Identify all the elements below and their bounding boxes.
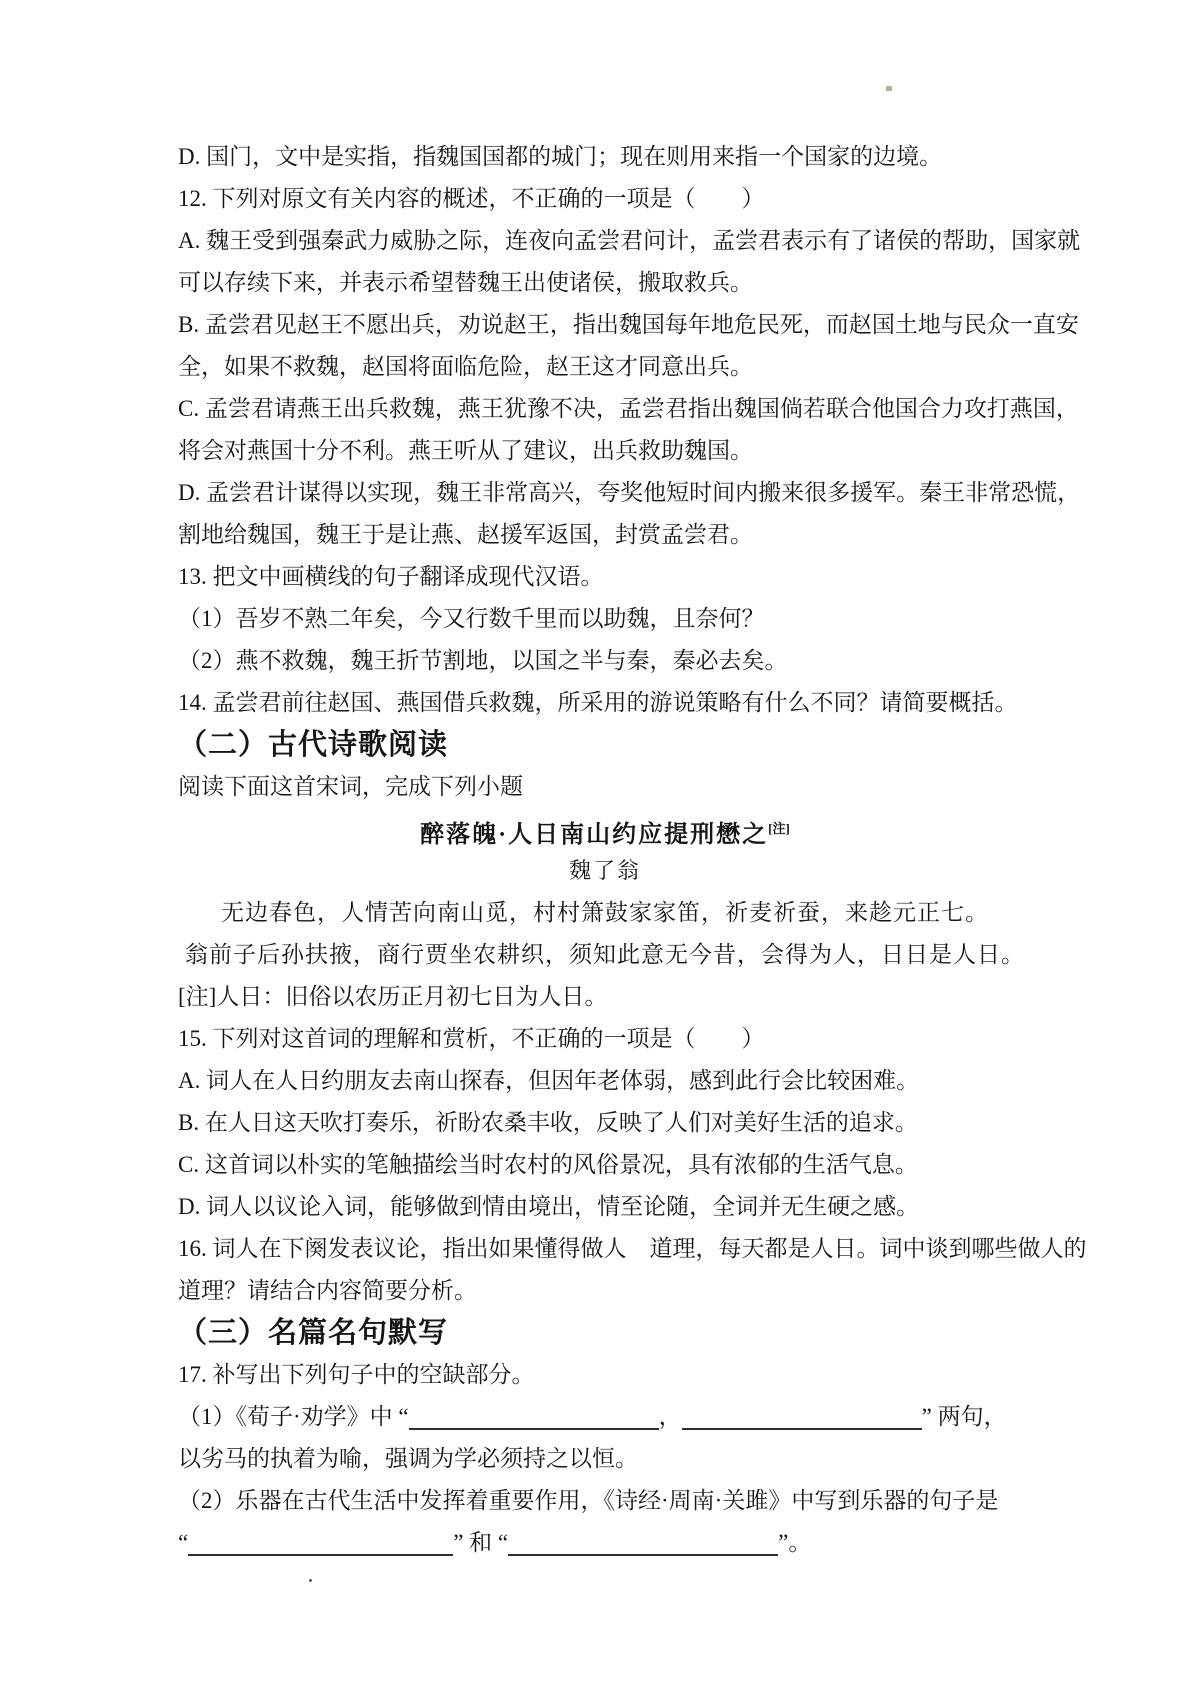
document-content: D. 国门，文中是实指，指魏国国都的城门；现在则用来指一个国家的边境。12. 下… [178, 136, 1032, 1564]
text-segment: ” 和 “ [453, 1530, 508, 1555]
question-17-item2-line2: “” 和 “”。 [178, 1522, 1032, 1564]
option-12-d-line2: 割地给魏国，魏王于是让燕、赵援军返国，封赏孟尝君。 [178, 514, 1032, 556]
text-segment: C. 孟尝君请燕王出兵救魏，燕王犹豫不决，孟尝君指出魏国倘若联合他国合力攻打燕国… [178, 396, 1079, 421]
text-segment: （1）《荀子·劝学》中 “ [178, 1404, 409, 1429]
question-15: 15. 下列对这首词的理解和赏析，不正确的一项是（ ） [178, 1018, 1032, 1060]
text-segment: （2）燕不救魏，魏王折节割地，以国之半与秦，秦必去矣。 [178, 648, 788, 673]
text-segment: “ [178, 1530, 188, 1555]
note-superscript: [注] [768, 821, 790, 836]
question-16-line2: 道理？请结合内容简要分析。 [178, 1270, 1032, 1312]
text-segment: （1）吾岁不熟二年矣，今又行数千里而以助魏，且奈何？ [178, 606, 765, 631]
question-17-item2-line1: （2）乐器在古代生活中发挥着重要作用，《诗经·周南·关雎》中写到乐器的句子是 [178, 1480, 1032, 1522]
option-line-d-11: D. 国门，文中是实指，指魏国国都的城门；现在则用来指一个国家的边境。 [178, 136, 1032, 178]
option-15-b: B. 在人日这天吹打奏乐，祈盼农桑丰收，反映了人们对美好生活的追求。 [178, 1102, 1032, 1144]
text-segment: 醉落魄·人日南山约应提刑懋之 [420, 822, 768, 848]
option-12-a-line2: 可以存续下来，并表示希望替魏王出使诸侯，搬取救兵。 [178, 262, 1032, 304]
text-segment: 魏了翁 [569, 858, 641, 883]
text-segment: 可以存续下来，并表示希望替魏王出使诸侯，搬取救兵。 [178, 270, 753, 295]
question-12: 12. 下列对原文有关内容的概述，不正确的一项是（ ） [178, 178, 1032, 220]
text-segment: A. 词人在人日约朋友去南山探春，但因年老体弱，感到此行会比较困难。 [178, 1068, 919, 1093]
text-segment: D. 国门，文中是实指，指魏国国都的城门；现在则用来指一个国家的边境。 [178, 144, 942, 169]
question-16-line1: 16. 词人在下阕发表议论，指出如果懂得做人 道理，每天都是人日。词中谈到哪些做… [178, 1228, 1032, 1270]
text-segment: [注]人日：旧俗以农历正月初七日为人日。 [178, 984, 607, 1009]
text-segment: 无边春色，人情苦向南山觅，村村箫鼓家家笛，祈麦祈蚕，来趁元正七。 [221, 900, 989, 925]
text-segment: ”。 [778, 1530, 811, 1555]
option-15-d: D. 词人以议论入词，能够做到情由境出，情至论随，全词并无生硬之感。 [178, 1186, 1032, 1228]
option-12-a-line1: A. 魏王受到强秦武力威胁之际，连夜向孟尝君问计，孟尝君表示有了诸侯的帮助，国家… [178, 220, 1032, 262]
option-15-c: C. 这首词以朴实的笔触描绘当时农村的风俗景况，具有浓郁的生活气息。 [178, 1144, 1032, 1186]
text-segment: 割地给魏国，魏王于是让燕、赵援军返国，封赏孟尝君。 [178, 522, 753, 547]
question-13-item2: （2）燕不救魏，魏王折节割地，以国之半与秦，秦必去矣。 [178, 640, 1032, 682]
text-segment: B. 孟尝君见赵王不愿出兵，劝说赵王，指出魏国每年地危民死，而赵国土地与民众一直… [178, 312, 1079, 337]
text-segment: 16. 词人在下阕发表议论，指出如果懂得做人 道理，每天都是人日。词中谈到哪些做… [178, 1236, 1087, 1261]
text-segment: D. 词人以议论入词，能够做到情由境出，情至论随，全词并无生硬之感。 [178, 1194, 919, 1219]
text-segment: B. 在人日这天吹打奏乐，祈盼农桑丰收，反映了人们对美好生活的追求。 [178, 1110, 918, 1135]
answer-blank-underline [409, 1408, 659, 1430]
poem-author: 魏了翁 [178, 850, 1032, 892]
option-12-b-line1: B. 孟尝君见赵王不愿出兵，劝说赵王，指出魏国每年地危民死，而赵国土地与民众一直… [178, 304, 1032, 346]
text-segment: 阅读下面这首宋词，完成下列小题 [178, 774, 523, 799]
poem-line-1: 无边春色，人情苦向南山觅，村村箫鼓家家笛，祈麦祈蚕，来趁元正七。 [178, 892, 1032, 934]
question-13-item1: （1）吾岁不熟二年矣，今又行数千里而以助魏，且奈何？ [178, 598, 1032, 640]
text-segment: A. 魏王受到强秦武力威胁之际，连夜向孟尝君问计，孟尝君表示有了诸侯的帮助，国家… [178, 228, 1080, 253]
text-segment: ” 两句， [922, 1404, 1007, 1429]
answer-blank-underline [188, 1534, 453, 1556]
answer-blank-underline [682, 1408, 922, 1430]
text-segment: 15. 下列对这首词的理解和赏析，不正确的一项是（ ） [178, 1026, 765, 1051]
question-17: 17. 补写出下列句子中的空缺部分。 [178, 1354, 1032, 1396]
scan-artifact-speck [309, 1579, 312, 1582]
text-segment: 将会对燕国十分不利。燕王听从了建议，出兵救助魏国。 [178, 438, 753, 463]
text-segment: 14. 孟尝君前往赵国、燕国借兵救魏，所采用的游说策略有什么不同？请简要概括。 [178, 690, 1018, 715]
poem-title: 醉落魄·人日南山约应提刑懋之[注] [178, 808, 1032, 850]
text-segment: 翁前子后孙扶掖，商行贾坐农耕织，须知此意无今昔，会得为人，日日是人日。 [185, 942, 1025, 967]
text-segment: D. 孟尝君计谋得以实现，魏王非常高兴，夸奖他短时间内搬来很多援军。秦王非常恐慌… [178, 480, 1080, 505]
option-12-c-line2: 将会对燕国十分不利。燕王听从了建议，出兵救助魏国。 [178, 430, 1032, 472]
question-14: 14. 孟尝君前往赵国、燕国借兵救魏，所采用的游说策略有什么不同？请简要概括。 [178, 682, 1032, 724]
text-segment: （二）古代诗歌阅读 [178, 729, 448, 761]
poem-line-2: 翁前子后孙扶掖，商行贾坐农耕织，须知此意无今昔，会得为人，日日是人日。 [178, 934, 1032, 976]
poem-intro: 阅读下面这首宋词，完成下列小题 [178, 766, 1032, 808]
question-17-item1-line2: 以劣马的执着为喻，强调为学必须持之以恒。 [178, 1438, 1032, 1480]
poem-note: [注]人日：旧俗以农历正月初七日为人日。 [178, 976, 1032, 1018]
text-segment: ， [659, 1404, 682, 1429]
text-segment: 13. 把文中画横线的句子翻译成现代汉语。 [178, 564, 604, 589]
text-segment: 17. 补写出下列句子中的空缺部分。 [178, 1362, 535, 1387]
text-segment: 全，如果不救魏，赵国将面临危险，赵王这才同意出兵。 [178, 354, 753, 379]
option-12-d-line1: D. 孟尝君计谋得以实现，魏王非常高兴，夸奖他短时间内搬来很多援军。秦王非常恐慌… [178, 472, 1032, 514]
question-13: 13. 把文中画横线的句子翻译成现代汉语。 [178, 556, 1032, 598]
section-heading-3: （三）名篇名句默写 [178, 1312, 1032, 1354]
exam-document-page: D. 国门，文中是实指，指魏国国都的城门；现在则用来指一个国家的边境。12. 下… [0, 0, 1200, 1698]
text-segment: C. 这首词以朴实的笔触描绘当时农村的风俗景况，具有浓郁的生活气息。 [178, 1152, 918, 1177]
scan-artifact-speck [886, 86, 892, 91]
text-segment: 12. 下列对原文有关内容的概述，不正确的一项是（ ） [178, 186, 765, 211]
option-12-c-line1: C. 孟尝君请燕王出兵救魏，燕王犹豫不决，孟尝君指出魏国倘若联合他国合力攻打燕国… [178, 388, 1032, 430]
text-segment: （2）乐器在古代生活中发挥着重要作用，《诗经·周南·关雎》中写到乐器的句子是 [178, 1488, 998, 1513]
question-17-item1: （1）《荀子·劝学》中 “，” 两句， [178, 1396, 1032, 1438]
answer-blank-underline [508, 1534, 778, 1556]
text-segment: 以劣马的执着为喻，强调为学必须持之以恒。 [178, 1446, 638, 1471]
text-segment: 道理？请结合内容简要分析。 [178, 1278, 477, 1303]
option-12-b-line2: 全，如果不救魏，赵国将面临危险，赵王这才同意出兵。 [178, 346, 1032, 388]
text-segment: （三）名篇名句默写 [178, 1317, 448, 1349]
section-heading-2: （二）古代诗歌阅读 [178, 724, 1032, 766]
option-15-a: A. 词人在人日约朋友去南山探春，但因年老体弱，感到此行会比较困难。 [178, 1060, 1032, 1102]
